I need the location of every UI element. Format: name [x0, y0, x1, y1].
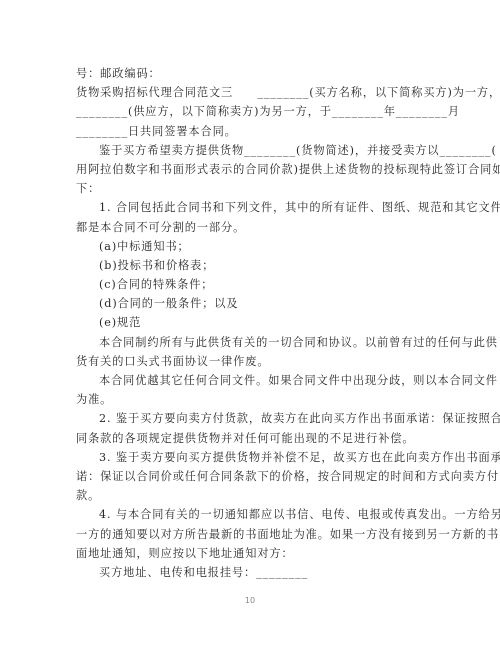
document-body: 号：邮政编码： 货物采购招标代理合同范文三 ________(买方名称，以下简称…	[76, 64, 423, 582]
text-line: 面地址通知，则应按以下地址通知对方：	[76, 544, 423, 563]
text-line: ________(供应方，以下简称卖方)为另一方，于________年_____…	[76, 102, 423, 121]
paragraph-start: 本合同制约所有与此供货有关的一切合同和协议。以前曾有过的任何与此供	[76, 333, 423, 352]
text-line: 货物采购招标代理合同范文三 ________(买方名称，以下简称买方)为一方，	[76, 83, 423, 102]
clause-3: 3. 鉴于卖方要向买方提供货物并补偿不足，故买方也在此向卖方作出书面承	[76, 448, 423, 467]
list-item-c: (c)合同的特殊条件；	[76, 275, 423, 294]
list-item-d: (d)合同的一般条件；以及	[76, 294, 423, 313]
list-item-a: (a)中标通知书；	[76, 237, 423, 256]
page-number: 10	[0, 596, 500, 605]
text-line: 一方的通知要以对方所告最新的书面地址为准。如果一方没有接到另一方新的书	[76, 525, 423, 544]
text-line: 下：	[76, 179, 423, 198]
paragraph-start: 鉴于买方希望卖方提供货物________(货物简述)，并接受卖方以_______…	[76, 141, 423, 160]
text-line: 用阿拉伯数字和书面形式表示的合同价款)提供上述货物的投标现特此签订合同如	[76, 160, 423, 179]
text-line: 同条款的各项规定提供货物并对任何可能出现的不足进行补偿。	[76, 429, 423, 448]
list-item-e: (e)规范	[76, 313, 423, 332]
list-item-b: (b)投标书和价格表；	[76, 256, 423, 275]
text-line: 款。	[76, 486, 423, 505]
text-line: ________日共同签署本合同。	[76, 122, 423, 141]
buyer-address-line: 买方地址、电传和电报挂号：________	[76, 563, 423, 582]
clause-2: 2. 鉴于买方要向卖方付货款，故卖方在此向买方作出书面承诺：保证按照合	[76, 409, 423, 428]
text-line: 诺：保证以合同价或任何合同条款下的价格，按合同规定的时间和方式向卖方付	[76, 467, 423, 486]
text-line: 为准。	[76, 390, 423, 409]
text-line: 都是本合同不可分割的一部分。	[76, 218, 423, 237]
clause-1: 1. 合同包括此合同书和下列文件，其中的所有证件、图纸、规范和其它文件	[76, 198, 423, 217]
paragraph-start: 本合同优越其它任何合同文件。如果合同文件中出现分歧，则以本合同文件	[76, 371, 423, 390]
text-line: 货有关的口头式书面协议一律作废。	[76, 352, 423, 371]
clause-4: 4. 与本合同有关的一切通知都应以书信、电传、电报或传真发出。一方给另	[76, 505, 423, 524]
text-line: 号：邮政编码：	[76, 64, 423, 83]
